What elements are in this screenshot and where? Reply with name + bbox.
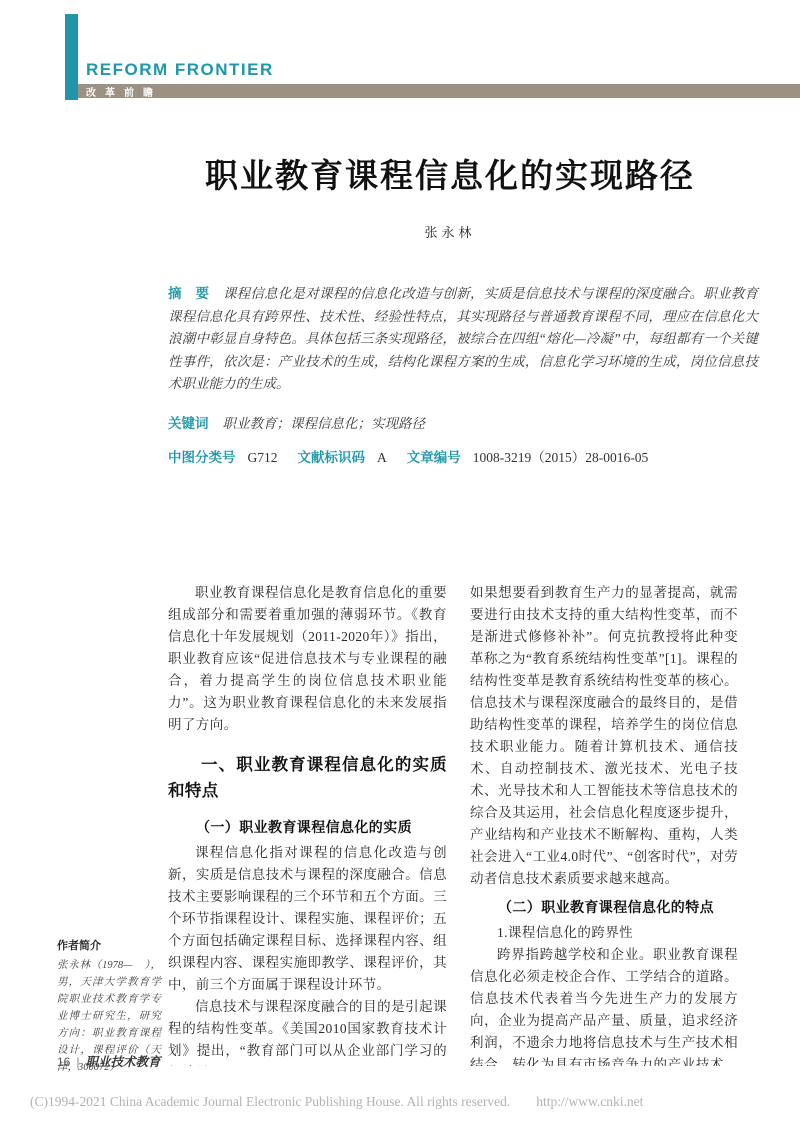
page-number-line: 16|职业技术教育 (57, 1052, 161, 1070)
doc-code-label: 文献标识码 (298, 450, 366, 465)
cnki-url: http://www.cnki.net (536, 1094, 643, 1109)
author-name: 张永林 (150, 222, 750, 241)
subsection-heading: （一）职业教育课程信息化的实质 (168, 816, 447, 838)
abstract-block: 摘 要 课程信息化是对课程的信息化改造与创新，实质是信息技术与课程的深度融合。职… (168, 283, 758, 466)
section-title-zh: 改革前瞻 (78, 84, 162, 99)
journal-name: 职业技术教育 (85, 1055, 160, 1069)
keywords-line: 关键词职业教育；课程信息化；实现路径 (168, 412, 758, 432)
header-accent-bar (65, 14, 78, 100)
doc-code-value: A (377, 450, 387, 465)
section-heading-1: 一、职业教育课程信息化的实质和特点 (168, 752, 447, 804)
keywords-label: 关键词 (168, 416, 209, 431)
paragraph: 如果想要看到教育生产力的显著提高，就需要进行由技术支持的重大结构性变革，而不是渐… (470, 582, 738, 890)
article-id-label: 文章编号 (407, 450, 461, 465)
journal-page: REFORM FRONTIER 改革前瞻 职业教育课程信息化的实现路径 张永林 … (0, 0, 800, 1132)
sub-subsection-heading: 1.课程信息化的跨界性 (470, 922, 738, 944)
body-column-left: 职业教育课程信息化是教育信息化的重要组成部分和需要着重加强的薄弱环节。《教育信息… (168, 582, 447, 1066)
footer-separator: | (76, 1055, 79, 1069)
copyright-line: (C)1994-2021 China Academic Journal Elec… (30, 1094, 790, 1110)
abstract-paragraph: 摘 要 课程信息化是对课程的信息化改造与创新，实质是信息技术与课程的深度融合。职… (168, 283, 758, 396)
subsection-heading: （二）职业教育课程信息化的特点 (470, 896, 738, 918)
abstract-text: 课程信息化是对课程的信息化改造与创新，实质是信息技术与课程的深度融合。职业教育课… (168, 286, 758, 391)
copyright-text: (C)1994-2021 China Academic Journal Elec… (30, 1094, 510, 1109)
paragraph: 职业教育课程信息化是教育信息化的重要组成部分和需要着重加强的薄弱环节。《教育信息… (168, 582, 447, 736)
clc-value: G712 (248, 450, 278, 465)
keywords-text: 职业教育；课程信息化；实现路径 (223, 416, 426, 431)
page-number: 16 (57, 1055, 70, 1069)
abstract-label: 摘 要 (168, 286, 209, 301)
clc-label: 中图分类号 (168, 450, 236, 465)
paragraph: 课程信息化指对课程的信息化改造与创新，实质是信息技术与课程的深度融合。信息技术主… (168, 842, 447, 996)
header-gray-bar: 改革前瞻 (78, 84, 800, 98)
section-title-en: REFORM FRONTIER (86, 60, 274, 80)
body-column-right: 如果想要看到教育生产力的显著提高，就需要进行由技术支持的重大结构性变革，而不是渐… (470, 582, 738, 1066)
classification-line: 中图分类号G712文献标识码A文章编号1008-3219（2015）28-001… (168, 446, 758, 466)
paragraph: 信息技术与课程深度融合的目的是引起课程的结构性变革。《美国2010国家教育技术计… (168, 996, 447, 1066)
article-id-value: 1008-3219（2015）28-0016-05 (473, 450, 649, 465)
page-title: 职业教育课程信息化的实现路径 (150, 150, 750, 197)
paragraph: 跨界指跨越学校和企业。职业教育课程信息化必须走校企合作、工学结合的道路。信息技术… (470, 944, 738, 1066)
author-bio-label: 作者简介 (57, 938, 161, 955)
